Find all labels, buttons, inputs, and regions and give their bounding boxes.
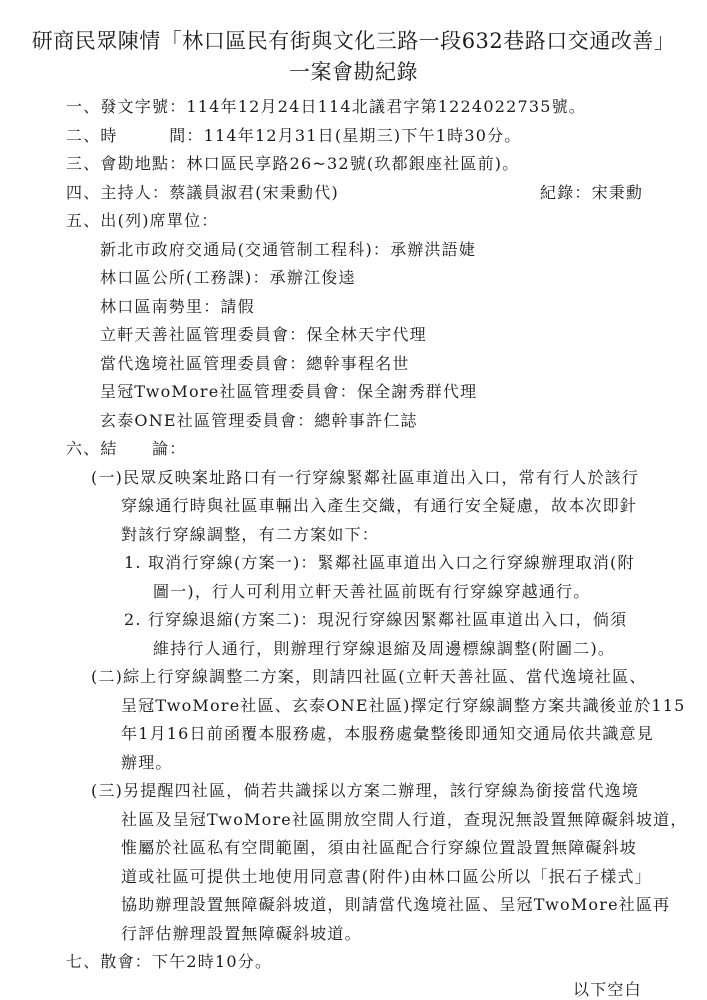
document-title: 研商民眾陳情「林口區民有街與文化三路一段632巷路口交通改善」 (0, 26, 707, 56)
document-subtitle: 一案會勘紀錄 (0, 57, 707, 87)
option-1: 1. 取消行穿線(方案一)：緊鄰社區車道出入口之行穿線辦理取消(附 (124, 551, 635, 575)
dispatch-number: 一、發文字號：114年12月24日114北議君字第1224022735號。 (66, 95, 586, 119)
attendee-item: 呈冠TwoMore社區管理委員會：保全謝秀群代理 (100, 380, 477, 404)
end-mark: 以下空白 (573, 978, 642, 1000)
meeting-minutes-page: 研商民眾陳情「林口區民有街與文化三路一段632巷路口交通改善」 一案會勘紀錄 一… (0, 0, 707, 1000)
attendee-item: 林口區南勢里：請假 (100, 295, 255, 319)
attendee-item: 立軒天善社區管理委員會：保全林天宇代理 (100, 323, 427, 347)
conclusion-2-line: 年1月16日前函覆本服務處，本服務處彙整後即通知交通局依共識意見 (121, 722, 654, 746)
conclusion-heading: 六、結 論： (66, 437, 186, 461)
conclusion-2-line: (二)綜上行穿線調整二方案，則請四社區(立軒天善社區、當代逸境社區、 (91, 665, 647, 689)
attendees-heading: 五、出(列)席單位： (66, 209, 219, 233)
recorder: 紀錄：宋秉勳 (540, 181, 643, 205)
conclusion-2-line: 呈冠TwoMore社區、玄泰ONE社區)擇定行穿線調整方案共識後並於115 (121, 694, 686, 718)
option-1-cont: 圖一)，行人可利用立軒天善社區前既有行穿線穿越通行。 (153, 580, 590, 604)
conclusion-3-line: 惟屬於社區私有空間範圍，須由社區配合行穿線位置設置無障礙斜坡 (121, 836, 637, 860)
conclusion-3-line: 行評估辦理設置無障礙斜坡道。 (121, 922, 362, 946)
meeting-time: 二、時 間：114年12月31日(星期三)下午1時30分。 (66, 124, 521, 148)
conclusion-1-line: 穿線通行時與社區車輛出入產生交織，有通行安全疑慮，故本次即針 (121, 494, 637, 518)
meeting-location: 三、會勘地點：林口區民享路26~32號(玖都銀座社區前)。 (66, 152, 519, 176)
option-2: 2. 行穿線退縮(方案二)：現況行穿線因緊鄰社區車道出入口，倘須 (124, 608, 627, 632)
adjournment: 七、散會：下午2時10分。 (66, 950, 272, 974)
conclusion-2-line: 辦理。 (121, 751, 173, 775)
attendee-item: 新北市政府交通局(交通管制工程科)：承辦洪語婕 (100, 238, 476, 262)
meeting-host: 四、主持人：蔡議員淑君(宋秉勳代) (66, 181, 339, 205)
conclusion-3-line: (三)另提醒四社區，倘若共識採以方案二辦理，該行穿線為銜接當代逸境 (91, 779, 639, 803)
attendee-item: 玄泰ONE社區管理委員會：總幹事許仁誌 (100, 409, 418, 433)
conclusion-1-line: (一)民眾反映案址路口有一行穿線緊鄰社區車道出入口，常有行人於該行 (91, 466, 639, 490)
attendee-item: 當代逸境社區管理委員會：總幹事程名世 (100, 352, 410, 376)
option-2-cont: 維持行人通行，則辦理行穿線退縮及周邊標線調整(附圖二)。 (153, 637, 615, 661)
conclusion-3-line: 社區及呈冠TwoMore社區開放空間人行道，查現況無設置無障礙斜坡道， (121, 808, 688, 832)
conclusion-3-line: 道或社區可提供土地使用同意書(附件)由林口區公所以「抿石子樣式」 (121, 865, 652, 889)
conclusion-1-line: 對該行穿線調整，有二方案如下： (121, 523, 379, 547)
attendee-item: 林口區公所(工務課)：承辦江俊逵 (100, 266, 356, 290)
conclusion-3-line: 協助辦理設置無障礙斜坡道，則請當代逸境社區、呈冠TwoMore社區再 (121, 893, 670, 917)
